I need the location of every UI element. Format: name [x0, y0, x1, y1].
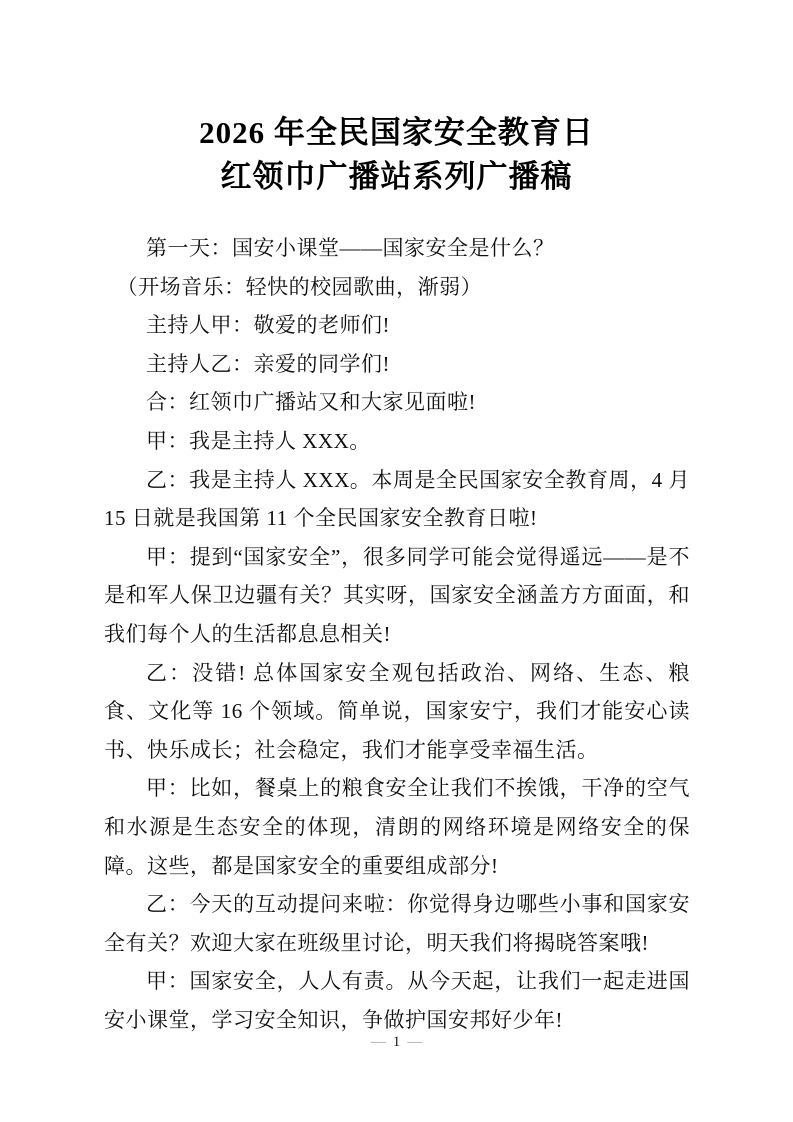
document-page: 2026 年全民国家安全教育日 红领巾广播站系列广播稿 第一天：国安小课堂——国…	[0, 0, 793, 1122]
doc-title-line-2: 红领巾广播站系列广播稿	[0, 155, 793, 199]
paragraph-host-a-topic: 甲：提到“国家安全”，很多同学可能会觉得遥远——是不是和军人保卫边疆有关？其实呀…	[104, 538, 690, 654]
paragraph-host-b-explain: 乙：没错! 总体国家安全观包括政治、网络、生态、粮食、文化等 16 个领域。简单…	[104, 654, 690, 770]
page-number: 1	[393, 1034, 401, 1050]
paragraph-host-a-intro: 甲：我是主持人 XXX。	[104, 422, 690, 461]
paragraph-host-b-intro: 乙：我是主持人 XXX。本周是全民国家安全教育周，4 月 15 日就是我国第 1…	[104, 461, 690, 538]
doc-title: 2026 年全民国家安全教育日 红领巾广播站系列广播稿	[0, 111, 793, 199]
footer-dash-left: —	[371, 1034, 386, 1050]
paragraph-host-a-closing: 甲：国家安全，人人有责。从今天起，让我们一起走进国安小课堂，学习安全知识，争做护…	[104, 962, 690, 1039]
page-footer: —1—	[0, 1031, 793, 1053]
paragraph-host-b-question: 乙：今天的互动提问来啦：你觉得身边哪些小事和国家安全有关？欢迎大家在班级里讨论，…	[104, 885, 690, 962]
paragraph-stage-direction: （开场音乐：轻快的校园歌曲，渐弱）	[104, 268, 690, 307]
paragraph-together: 合：红领巾广播站又和大家见面啦!	[104, 383, 690, 422]
paragraph-day-heading: 第一天：国安小课堂——国家安全是什么？	[104, 229, 690, 268]
doc-body: 第一天：国安小课堂——国家安全是什么？ （开场音乐：轻快的校园歌曲，渐弱） 主持…	[104, 229, 690, 1039]
paragraph-host-b-greeting: 主持人乙：亲爱的同学们!	[104, 345, 690, 384]
footer-dash-right: —	[407, 1034, 422, 1050]
paragraph-host-a-examples: 甲：比如，餐桌上的粮食安全让我们不挨饿，干净的空气和水源是生态安全的体现，清朗的…	[104, 769, 690, 885]
doc-title-line-1: 2026 年全民国家安全教育日	[0, 111, 793, 155]
paragraph-host-a-greeting: 主持人甲：敬爱的老师们!	[104, 306, 690, 345]
